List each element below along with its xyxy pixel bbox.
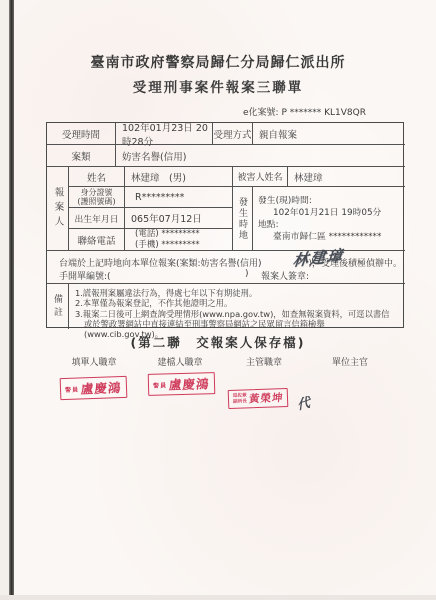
reporter-group-label: 報案人 (47, 167, 69, 251)
reporter-name-label: 姓名 (69, 167, 125, 187)
accept-method-value: 親自報案 (253, 123, 405, 145)
reporter-id-label-line2: (護照號碼) (77, 197, 115, 207)
remarks-item-1: 1.謊報刑案屬違法行為，得處七年以下有期徒刑。 (75, 288, 257, 298)
deputy-annotation-handwriting: 代 (296, 391, 311, 413)
filler-stamp-title: 警員 (65, 384, 79, 393)
archiver-stamp-name: 盧慶鴻 (168, 374, 210, 393)
supervisor-stamp: 巡佐兼 副所長 黃榮坤 (228, 388, 289, 409)
ecase-value: P ******* KL1V8QR (281, 108, 366, 118)
occurrence-group-label: 發生時地 (233, 187, 253, 251)
agency-title: 臺南市政府警察局歸仁分局歸仁派出所 (0, 52, 436, 72)
reporter-birth-value: 065年07月12日 (125, 208, 233, 229)
reporter-name-value: 林建璋 (男) (125, 167, 233, 187)
remarks-group-label-text: 備註 (51, 294, 64, 320)
handwritten-number-close: ) (245, 269, 249, 279)
archiver-stamp: 警員 盧慶鴻 (148, 372, 215, 396)
filler-stamp: 警員 盧慶鴻 (60, 376, 127, 400)
reporter-phone-line2: (手機) ********* (135, 240, 200, 251)
occurrence-time-value: 102年01月21日 19時05分 (258, 207, 381, 219)
reporter-phone-value: (電話) ********* (手機) ********* (125, 229, 233, 251)
accept-method-label: 受理方式 (213, 123, 253, 145)
accept-time-label: 受理時間 (47, 123, 116, 145)
reporter-birth-label: 出生年月日 (69, 208, 125, 229)
supervisor-stamp-name: 黃榮坤 (248, 390, 284, 406)
occurrence-place-value: 臺南市歸仁區 ************ (258, 231, 381, 243)
reporter-id-label-line1: 身分證號 (81, 188, 113, 198)
reporter-phone-label: 聯絡電話 (69, 229, 125, 251)
supervisor-stamp-title-line2: 副所長 (233, 399, 247, 405)
stamp-header-archiver: 建檔人職章 (150, 355, 210, 368)
stamp-header-unit-chief: 單位主官 (320, 355, 380, 368)
reporter-phone-line1: (電話) ********* (135, 229, 200, 240)
case-type-value: 妨害名譽(信用) (116, 145, 405, 167)
reporter-id-value: R********* (125, 187, 233, 208)
signature-label: 報案人簽章: (261, 269, 309, 282)
victim-name-value: 林建璋 (288, 167, 405, 187)
remarks-content: 1.謊報刑案屬違法行為，得處七年以下有期徒刑。 2.本單僅為報案登記，不作其他證… (69, 284, 405, 329)
occurrence-time-label: 發生(現)時間: (258, 195, 312, 207)
scanner-bottom-edge (0, 595, 436, 600)
handwritten-number-label: 手開單編號:( (59, 269, 111, 282)
stamp-header-supervisor: 主管職章 (234, 355, 294, 368)
copy-note: (第二聯 交報案人保存檔) (0, 333, 436, 351)
form-title: 受理刑事案件報案三聯單 (0, 76, 436, 96)
supervisor-stamp-title: 巡佐兼 副所長 (233, 394, 247, 405)
scanned-police-report: 臺南市政府警察局歸仁分局歸仁派出所 受理刑事案件報案三聯單 e化案號: P **… (0, 0, 436, 600)
statement-row: 台端於上記時地向本單位報案(案類:妨害名譽(信用) )，受理後積極偵辦中。 手開… (47, 251, 405, 284)
statement-line1-prefix: 台端於上記時地向本單位報案(案類:妨害名譽(信用) (59, 256, 262, 269)
occurrence-content: 發生(現)時間: 102年01月21日 19時05分 地點: 臺南市歸仁區 **… (253, 187, 405, 251)
stamp-header-filler: 填單人職章 (64, 355, 124, 368)
victim-name-label: 被害人姓名 (233, 167, 288, 187)
report-table: 受理時間 102年01月23日 20時28分 受理方式 親自報案 案類 妨害名譽… (46, 122, 404, 328)
occurrence-group-label-text: 發生時地 (236, 197, 249, 241)
occurrence-place-label: 地點: (258, 219, 279, 231)
reporter-group-label-text: 報案人 (51, 187, 65, 231)
remarks-group-label: 備註 (47, 284, 69, 329)
accept-time-value: 102年01月23日 20時28分 (116, 123, 213, 145)
ecase-label: e化案號: (243, 108, 279, 118)
ecase-number: e化案號: P ******* KL1V8QR (243, 105, 366, 118)
case-type-label: 案類 (47, 145, 116, 167)
filler-stamp-name: 盧慶鴻 (80, 378, 122, 397)
reporter-id-label: 身分證號 (護照號碼) (69, 187, 125, 208)
remarks-item-2: 2.本單僅為報案登記，不作其他證明之用。 (75, 298, 232, 308)
archiver-stamp-title: 警員 (153, 380, 167, 389)
